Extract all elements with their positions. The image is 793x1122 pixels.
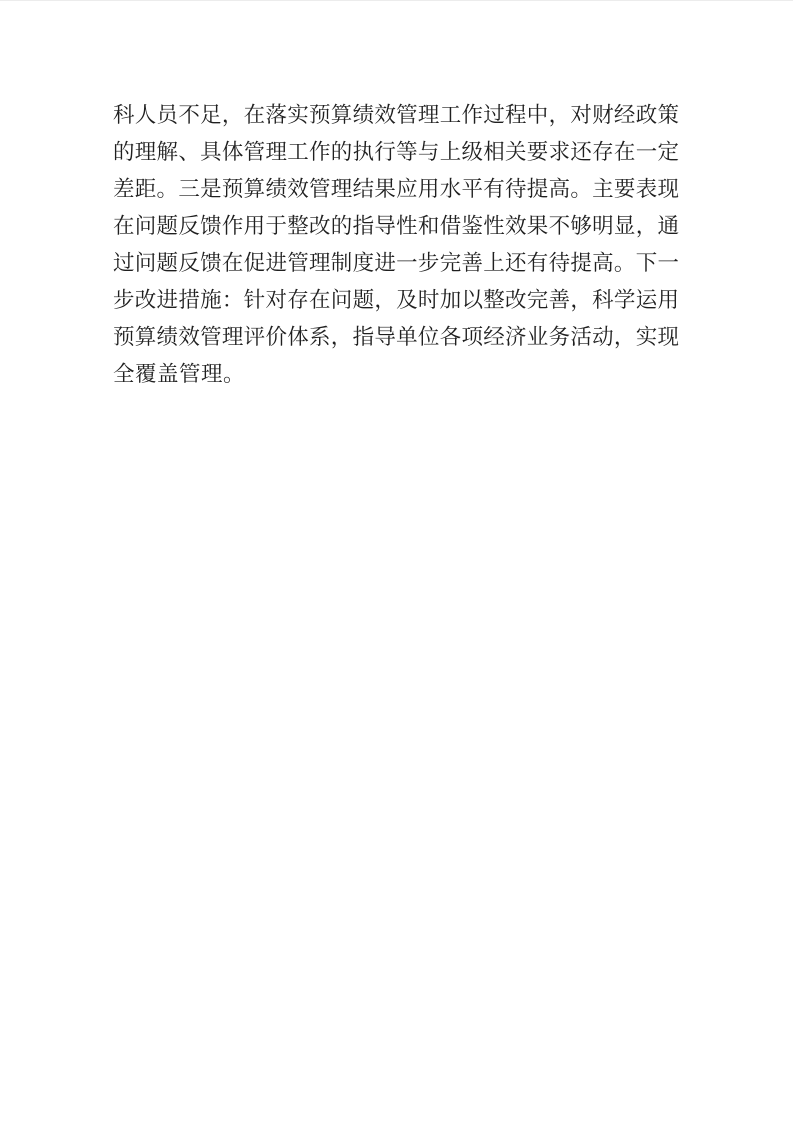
- paragraph-line: 全覆盖管理。: [113, 356, 679, 393]
- paragraph-line: 预算绩效管理评价体系，指导单位各项经济业务活动，实现: [113, 319, 679, 356]
- body-paragraph: 科人员不足，在落实预算绩效管理工作过程中，对财经政策 的理解、具体管理工作的执行…: [113, 97, 679, 393]
- paragraph-line: 步改进措施：针对存在问题，及时加以整改完善，科学运用: [113, 282, 679, 319]
- paragraph-line: 在问题反馈作用于整改的指导性和借鉴性效果不够明显，通: [113, 208, 679, 245]
- paragraph-line: 的理解、具体管理工作的执行等与上级相关要求还存在一定: [113, 134, 679, 171]
- paragraph-line: 差距。三是预算绩效管理结果应用水平有待提高。主要表现: [113, 171, 679, 208]
- document-page: 科人员不足，在落实预算绩效管理工作过程中，对财经政策 的理解、具体管理工作的执行…: [0, 0, 793, 1122]
- paragraph-line: 过问题反馈在促进管理制度进一步完善上还有待提高。下一: [113, 245, 679, 282]
- paragraph-line: 科人员不足，在落实预算绩效管理工作过程中，对财经政策: [113, 97, 679, 134]
